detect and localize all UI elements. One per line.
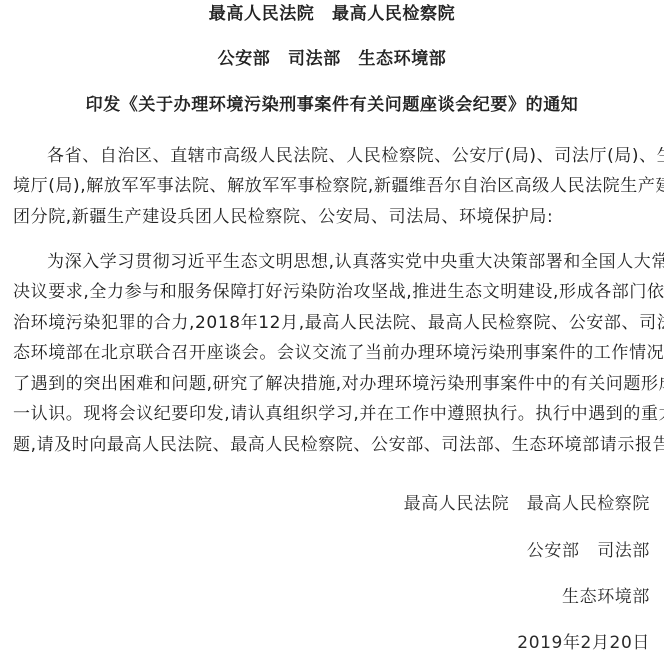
- addressees-line: 境厅(局),解放军军事法院、解放军军事检察院,新疆维吾尔自治区高级人民法院生产建…: [13, 176, 653, 196]
- signature-courts: 最高人民法院 最高人民检察院: [404, 494, 650, 514]
- signature-environment: 生态环境部: [562, 587, 650, 607]
- body-line: 一认识。现将会议纪要印发,请认真组织学习,并在工作中遵照执行。执行中遇到的重大问: [13, 404, 653, 424]
- signature-date: 2019年2月20日: [517, 633, 650, 653]
- body-line: 题,请及时向最高人民法院、最高人民检察院、公安部、司法部、生态环境部请示报告。: [13, 435, 653, 455]
- notice-title: 印发《关于办理环境污染刑事案件有关问题座谈会纪要》的通知: [0, 95, 664, 115]
- body-line: 了遇到的突出困难和问题,研究了解决措施,对办理环境污染刑事案件中的有关问题形成了…: [13, 374, 653, 394]
- body-line: 决议要求,全力参与和服务保障打好污染防治攻坚战,推进生态文明建设,形成各部门依法…: [13, 282, 653, 302]
- addressees-line: 团分院,新疆生产建设兵团人民检察院、公安局、司法局、环境保护局:: [13, 207, 653, 227]
- body-line: 态环境部在北京联合召开座谈会。会议交流了当前办理环境污染刑事案件的工作情况,分析: [13, 343, 653, 363]
- signature-ministries: 公安部 司法部: [527, 541, 650, 561]
- issuers-line-1: 最高人民法院 最高人民检察院: [0, 4, 664, 24]
- issuers-line-2: 公安部 司法部 生态环境部: [0, 49, 664, 69]
- body-line: 为深入学习贯彻习近平生态文明思想,认真落实党中央重大决策部署和全国人大常委会: [47, 252, 653, 272]
- addressees-line: 各省、自治区、直辖市高级人民法院、人民检察院、公安厅(局)、司法厅(局)、生态环: [47, 146, 653, 166]
- body-line: 治环境污染犯罪的合力,2018年12月,最高人民法院、最高人民检察院、公安部、司…: [13, 313, 653, 333]
- notice-document: 最高人民法院 最高人民检察院 公安部 司法部 生态环境部 印发《关于办理环境污染…: [0, 0, 664, 654]
